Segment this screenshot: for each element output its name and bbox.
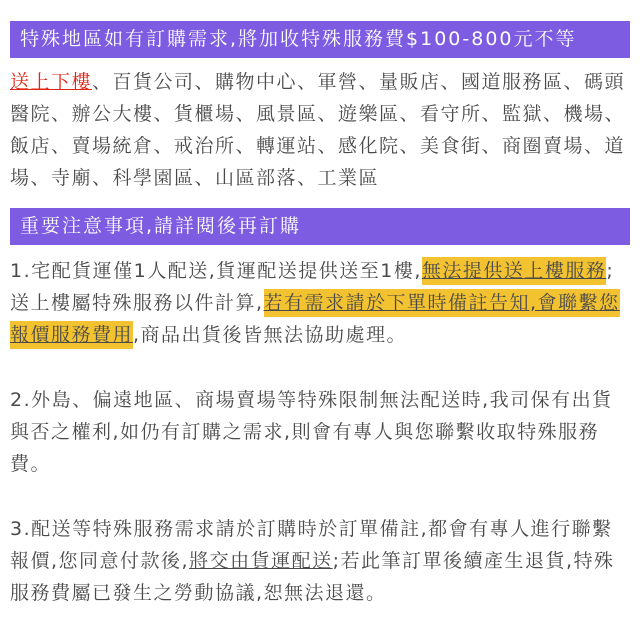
special-area-fee-banner: 特殊地區如有訂購需求,將加收特殊服務費$100-800元不等 [10, 21, 630, 58]
text-segment-plain: 、百貨公司、購物中心、軍營、量販店、國道服務區、碼頭醫院、辦公大樓、貨櫃場、風景… [10, 71, 625, 189]
notice-page: 特殊地區如有訂購需求,將加收特殊服務費$100-800元不等 送上下樓、百貨公司… [0, 0, 640, 640]
important-notes-banner: 重要注意事項,請詳閱後再訂購 [10, 208, 630, 245]
text-segment-plain: ,商品出貨後皆無法協助處理。 [133, 324, 407, 346]
special-locations-paragraph: 送上下樓、百貨公司、購物中心、軍營、量販店、國道服務區、碼頭醫院、辦公大樓、貨櫃… [10, 66, 630, 194]
text-segment-highlight: 無法提供送上樓服務 [422, 257, 607, 285]
text-segment-underline: 將交由貨運配送 [189, 550, 333, 572]
text-segment-red-underline: 送上下樓 [10, 71, 92, 93]
note-paragraph-3: 3.配送等特殊服務需求請於訂購時於訂單備註,都會有專人進行聯繫報價,您同意付款後… [10, 513, 630, 609]
text-segment-plain: 1.宅配貨運僅1人配送,貨運配送提供送至1樓, [10, 260, 422, 282]
note-paragraph-1: 1.宅配貨運僅1人配送,貨運配送提供送至1樓,無法提供送上樓服務;送上樓屬特殊服… [10, 255, 630, 351]
text-segment-plain: 2.外島、偏遠地區、商場賣場等特殊限制無法配送時,我司保有出貨與否之權利,如仍有… [10, 389, 613, 475]
note-paragraph-2: 2.外島、偏遠地區、商場賣場等特殊限制無法配送時,我司保有出貨與否之權利,如仍有… [10, 384, 630, 480]
